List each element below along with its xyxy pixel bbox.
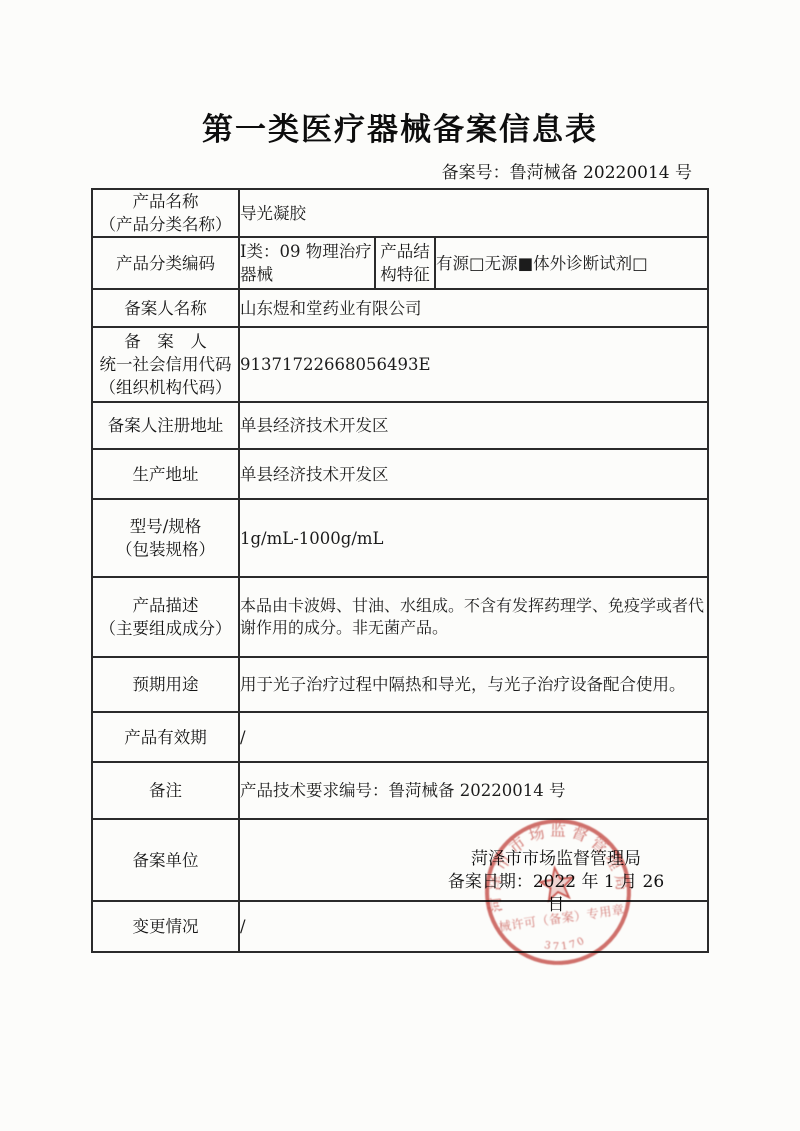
field-label-validity-period: 产品有效期: [92, 712, 239, 762]
table-row: 产品有效期 /: [92, 712, 708, 762]
label-line: （产品分类名称）: [93, 213, 238, 236]
table-row: 备案人注册地址 单县经济技术开发区: [92, 402, 708, 449]
field-value-credit-code: 91371722668056493E: [239, 327, 708, 402]
label-line: （组织机构代码）: [93, 376, 238, 399]
field-label-product-description: 产品描述 （主要组成成分）: [92, 577, 239, 657]
field-label-registered-address: 备案人注册地址: [92, 402, 239, 449]
field-value-intended-use: 用于光子治疗过程中隔热和导光，与光子治疗设备配合使用。: [239, 657, 708, 712]
stamp-graphic: 菏泽市市场监督管理局 械许可（备案）专用章 37170: [472, 806, 644, 978]
label-line: 产品名称: [93, 190, 238, 213]
label-line: （主要组成成分）: [93, 617, 238, 640]
field-label-registrant-name: 备案人名称: [92, 289, 239, 327]
table-row: 预期用途 用于光子治疗过程中隔热和导光，与光子治疗设备配合使用。: [92, 657, 708, 712]
field-value-registrant-name: 山东煜和堂药业有限公司: [239, 289, 708, 327]
table-row: 产品描述 （主要组成成分） 本品由卡波姆、甘油、水组成。不含有发挥药理学、免疫学…: [92, 577, 708, 657]
stamp-code-text: 37170: [542, 934, 589, 955]
field-label-structure-feature: 产品结构特征: [375, 237, 435, 289]
field-label-intended-use: 预期用途: [92, 657, 239, 712]
field-label-model-spec: 型号/规格 （包装规格）: [92, 499, 239, 577]
field-value-classification-code: Ⅰ类：09 物理治疗器械: [239, 237, 375, 289]
label-line: 产品描述: [93, 594, 238, 617]
label-line: 统一社会信用代码: [93, 353, 238, 376]
stamp-center-text: 械许可（备案）专用章: [498, 901, 625, 933]
table-row: 产品名称 （产品分类名称） 导光凝胶: [92, 189, 708, 237]
field-label-change-status: 变更情况: [92, 901, 239, 952]
table-row: 型号/规格 （包装规格） 1g/mL-1000g/mL: [92, 499, 708, 577]
label-line: 型号/规格: [93, 515, 238, 538]
field-value-model-spec: 1g/mL-1000g/mL: [239, 499, 708, 577]
field-label-classification-code: 产品分类编码: [92, 237, 239, 289]
table-row: 备案人名称 山东煜和堂药业有限公司: [92, 289, 708, 327]
table-row: 生产地址 单县经济技术开发区: [92, 449, 708, 499]
stamp-arc-text: 菏泽市市场监督管理局: [475, 811, 633, 915]
page-title: 第一类医疗器械备案信息表: [0, 104, 800, 149]
field-value-structure-feature-checkboxes: 有源□无源■体外诊断试剂□: [435, 237, 708, 289]
label-line: （包装规格）: [93, 538, 238, 561]
field-value-registered-address: 单县经济技术开发区: [239, 402, 708, 449]
field-label-remarks: 备注: [92, 762, 239, 819]
field-value-product-name: 导光凝胶: [239, 189, 708, 237]
scanned-registration-form: 第一类医疗器械备案信息表 备案号：鲁菏械备 20220014 号 产品名称 （产…: [0, 0, 800, 1131]
field-value-production-address: 单县经济技术开发区: [239, 449, 708, 499]
label-line: 备 案 人: [93, 330, 238, 353]
field-label-registration-unit: 备案单位: [92, 819, 239, 901]
stamp-star-icon: [538, 866, 575, 901]
table-row: 产品分类编码 Ⅰ类：09 物理治疗器械 产品结构特征 有源□无源■体外诊断试剂□: [92, 237, 708, 289]
field-value-validity-period: /: [239, 712, 708, 762]
table-row: 备 案 人 统一社会信用代码 （组织机构代码） 9137172266805649…: [92, 327, 708, 402]
record-number: 备案号：鲁菏械备 20220014 号: [0, 158, 692, 183]
field-label-credit-code: 备 案 人 统一社会信用代码 （组织机构代码）: [92, 327, 239, 402]
field-label-production-address: 生产地址: [92, 449, 239, 499]
field-value-product-description: 本品由卡波姆、甘油、水组成。不含有发挥药理学、免疫学或者代谢作用的成分。非无菌产…: [239, 577, 708, 657]
field-label-product-name: 产品名称 （产品分类名称）: [92, 189, 239, 237]
official-stamp: 菏泽市市场监督管理局 械许可（备案）专用章 37170: [472, 806, 644, 978]
field-value-remarks: 产品技术要求编号：鲁菏械备 20220014 号: [239, 762, 708, 819]
